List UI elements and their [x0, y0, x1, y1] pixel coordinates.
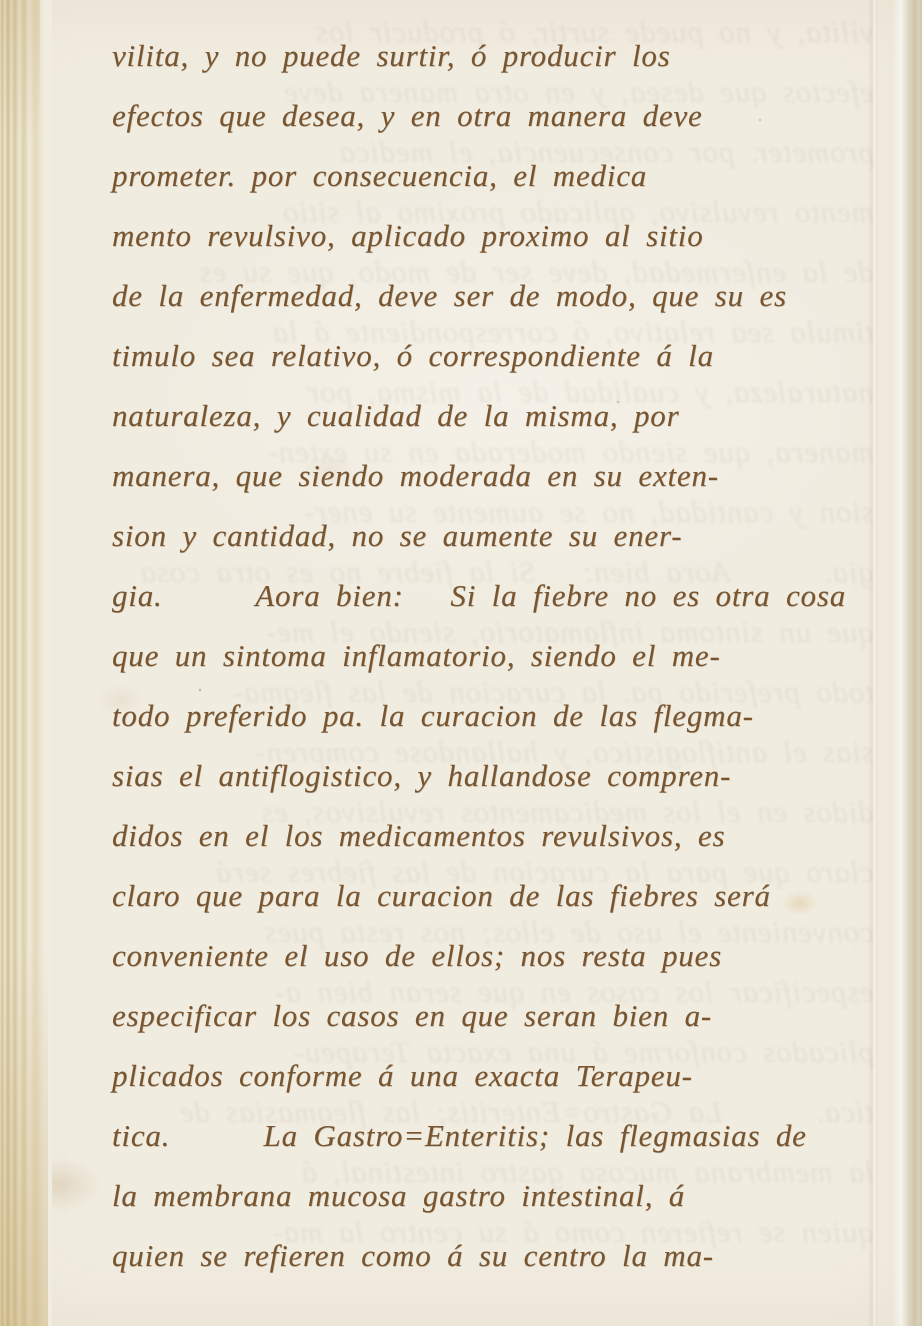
manuscript-line: vilita, y no puede surtir, ó producir lo… [112, 26, 886, 86]
manuscript-line: tica. La Gastro=Enteritis; las flegmasia… [112, 1106, 886, 1166]
page-right-edge [892, 0, 922, 1326]
manuscript-text: vilita, y no puede surtir, ó producir lo… [112, 26, 886, 1286]
manuscript-line: gia. Aora bien: Si la fiebre no es otra … [112, 566, 886, 626]
manuscript-line: mento revulsivo, aplicado proximo al sit… [112, 206, 886, 266]
manuscript-line: prometer. por consecuencia, el medica [112, 146, 886, 206]
manuscript-line: la membrana mucosa gastro intestinal, á [112, 1166, 886, 1226]
manuscript-line: manera, que siendo moderada en su exten- [112, 446, 886, 506]
manuscript-line: claro que para la curacion de las fiebre… [112, 866, 886, 926]
manuscript-line: plicados conforme á una exacta Terapeu- [112, 1046, 886, 1106]
manuscript-line: especificar los casos en que seran bien … [112, 986, 886, 1046]
manuscript-line: sion y cantidad, no se aumente su ener- [112, 506, 886, 566]
manuscript-line: sias el antiflogistico, y hallandose com… [112, 746, 886, 806]
manuscript-page: vilita, y no puede surtir, ó producir lo… [0, 0, 922, 1326]
binding-shadow-bottom [0, 946, 48, 1326]
manuscript-line: todo preferido pa. la curacion de las fl… [112, 686, 886, 746]
manuscript-line: quien se refieren como á su centro la ma… [112, 1226, 886, 1286]
manuscript-line: didos en el los medicamentos revulsivos,… [112, 806, 886, 866]
manuscript-line: naturaleza, y cualidad de la misma, por [112, 386, 886, 446]
manuscript-line: timulo sea relativo, ó correspondiente á… [112, 326, 886, 386]
manuscript-line: efectos que desea, y en otra manera deve [112, 86, 886, 146]
manuscript-line: de la enfermedad, deve ser de modo, que … [112, 266, 886, 326]
manuscript-line: que un sintoma inflamatorio, siendo el m… [112, 626, 886, 686]
manuscript-line: conveniente el uso de ellos; nos resta p… [112, 926, 886, 986]
binding-shadow-top [0, 0, 40, 140]
